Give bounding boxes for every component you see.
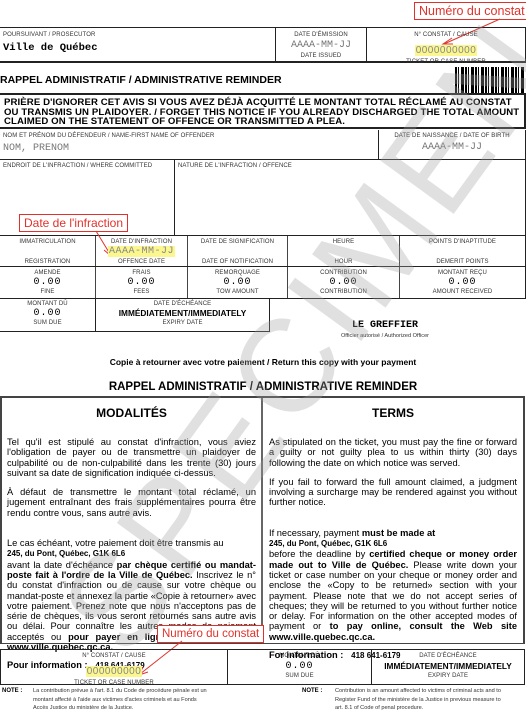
cell-label-top: DATE DE SIGNIFICATION bbox=[188, 239, 287, 245]
terms-en-p3b: before the deadline by bbox=[269, 549, 365, 559]
stub-expiry-cell: DATE D'ÉCHÉANCE IMMÉDIATEMENT/IMMEDIATEL… bbox=[372, 650, 524, 684]
row2-cell: MONTANT REÇU0.00AMOUNT RECEIVED bbox=[400, 267, 525, 298]
prosecutor-cell: POURSUIVANT / PROSECUTOR Ville de Québec bbox=[0, 28, 276, 61]
cell-value: 0.00 bbox=[0, 277, 95, 288]
row1-cell: HEUREHOUR bbox=[288, 236, 400, 266]
stub-expiry-value: IMMÉDIATEMENT/IMMEDIATELY bbox=[372, 661, 524, 671]
stub-expiry-label-fr: DATE D'ÉCHÉANCE bbox=[372, 653, 524, 659]
cell-label-bottom: FEES bbox=[96, 289, 187, 295]
stub-sum-label-fr: MONTANT DÛ bbox=[228, 653, 371, 659]
ticket-label-fr: N° CONSTAT / CAUSE bbox=[367, 32, 525, 38]
offence-nature-cell: NATURE DE L'INFRACTION / OFFENCE bbox=[175, 160, 525, 235]
cell-value: 0.00 bbox=[188, 277, 287, 288]
cell-label-top: MONTANT REÇU bbox=[400, 270, 525, 276]
dob-value: AAAA-MM-JJ bbox=[379, 142, 525, 153]
sum-due-value: 0.00 bbox=[0, 308, 95, 319]
note-en-label: NOTE : bbox=[302, 688, 322, 694]
ticket-number-value: 0000000000 bbox=[415, 45, 478, 56]
cell-label-top: AMENDE bbox=[0, 270, 95, 276]
row2-cell: AMENDE0.00FINE bbox=[0, 267, 96, 298]
cell-label-bottom: HOUR bbox=[288, 259, 399, 265]
stub-sum-label-en: SUM DUE bbox=[228, 673, 371, 679]
cell-value bbox=[188, 246, 287, 257]
ignore-notice: PRIÈRE D'IGNORER CET AVIS SI VOUS AVEZ D… bbox=[0, 93, 526, 129]
note-fr-text: La contribution prévue à l'art. 8.1 du C… bbox=[33, 687, 213, 713]
row2-cell: REMORQUAGE0.00TOW AMOUNT bbox=[188, 267, 288, 298]
sum-due-cell: MONTANT DÛ 0.00 SUM DUE bbox=[0, 299, 96, 331]
cell-label-bottom: OFFENCE DATE bbox=[96, 259, 187, 265]
row2-cell: FRAIS0.00FEES bbox=[96, 267, 188, 298]
terms-en-text: As stipulated on the ticket, you must pa… bbox=[269, 437, 517, 661]
row1-cell: DATE DE SIGNIFICATIONDATE OF NOTIFICATIO… bbox=[188, 236, 288, 266]
cell-value-text: AAAA-MM-JJ bbox=[108, 246, 175, 257]
row1-cell: IMMATRICULATIONREGISTRATION bbox=[0, 236, 96, 266]
ticket-label-en: TICKET OR CASE NUMBER bbox=[367, 59, 525, 65]
row1-cell: DATE D'INFRACTIONAAAA-MM-JJOFFENCE DATE bbox=[96, 236, 188, 266]
terms-en-heading: TERMS bbox=[269, 406, 517, 420]
expiry-label-fr: DATE D'ÉCHÉANCE bbox=[96, 301, 269, 307]
terms-en-p3a: If necessary, payment bbox=[269, 528, 359, 538]
cell-label-bottom: REGISTRATION bbox=[0, 259, 95, 265]
prosecutor-value: Ville de Québec bbox=[3, 42, 98, 54]
clerk-signature: LE GREFFIER bbox=[330, 320, 440, 331]
terms-en-address: 245, du Pont, Québec, G1K 6L6 bbox=[269, 539, 387, 548]
dob-cell: DATE DE NAISSANCE / DATE OF BIRTH AAAA-M… bbox=[379, 130, 525, 159]
offence-nature-label: NATURE DE L'INFRACTION / OFFENCE bbox=[178, 163, 292, 169]
cell-label-bottom: FINE bbox=[0, 289, 95, 295]
sum-due-label-en: SUM DUE bbox=[0, 320, 95, 326]
terms-fr-p2: À défaut de transmettre le montant total… bbox=[7, 487, 256, 518]
cell-label-top: REMORQUAGE bbox=[188, 270, 287, 276]
header-box: POURSUIVANT / PROSECUTOR Ville de Québec… bbox=[0, 27, 526, 63]
sum-due-label-fr: MONTANT DÛ bbox=[0, 301, 95, 307]
offender-name-value: NOM, PRENOM bbox=[3, 143, 69, 154]
cell-label-top: IMMATRICULATION bbox=[0, 239, 95, 245]
page-title: RAPPEL ADMINISTRATIF / ADMINISTRATIVE RE… bbox=[0, 74, 282, 86]
row1-cell: POINTS D'INAPTITUDEDEMERIT POINTS bbox=[400, 236, 525, 266]
terms-en-p3a-bold: must be made at bbox=[362, 528, 435, 538]
prosecutor-label: POURSUIVANT / PROSECUTOR bbox=[3, 32, 95, 38]
date-issued-cell: DATE D'ÉMISSION AAAA-MM-JJ DATE ISSUED bbox=[276, 28, 367, 61]
cell-value: 0.00 bbox=[400, 277, 525, 288]
cell-value: 0.00 bbox=[96, 277, 187, 288]
cell-value bbox=[288, 246, 399, 257]
cell-label-bottom: CONTRIBUTION bbox=[288, 289, 399, 295]
cell-label-bottom: DEMERIT POINTS bbox=[400, 259, 525, 265]
stub-ticket-value: 000000000 bbox=[86, 666, 143, 677]
expiry-label-en: EXPIRY DATE bbox=[96, 320, 269, 326]
terms-en-p2: If you fail to forward the full amount c… bbox=[269, 477, 517, 508]
terms-fr-p3b: avant la date d'échéance bbox=[7, 560, 113, 570]
cell-value: AAAA-MM-JJ bbox=[96, 246, 187, 257]
date-issued-label-fr: DATE D'ÉMISSION bbox=[276, 32, 366, 38]
expiry-value: IMMÉDIATEMENT/IMMEDIATELY bbox=[96, 308, 269, 318]
offender-name-label: NOM ET PRÉNOM DU DÉFENDEUR / NAME-FIRST … bbox=[3, 133, 214, 139]
return-copy-instruction: Copie à retourner avec votre paiement / … bbox=[0, 357, 526, 367]
stub-ticket-label-en: TICKET OR CASE NUMBER bbox=[1, 680, 227, 686]
terms-fr-p1: Tel qu'il est stipulé au constat d'infra… bbox=[7, 437, 256, 478]
cell-value: 0.00 bbox=[288, 277, 399, 288]
cell-value-text: 0.00 bbox=[33, 277, 61, 288]
cell-value bbox=[0, 246, 95, 257]
offender-row: NOM ET PRÉNOM DU DÉFENDEUR / NAME-FIRST … bbox=[0, 130, 526, 160]
cell-label-bottom: DATE OF NOTIFICATION bbox=[188, 259, 287, 265]
terms-box: MODALITÉS Tel qu'il est stipulé au const… bbox=[0, 396, 525, 644]
stub-expiry-label-en: EXPIRY DATE bbox=[372, 673, 524, 679]
offence-details-row: IMMATRICULATIONREGISTRATIONDATE D'INFRAC… bbox=[0, 236, 526, 267]
cell-value-text: 0.00 bbox=[329, 277, 357, 288]
cell-label-bottom: TOW AMOUNT bbox=[188, 289, 287, 295]
terms-en-p1: As stipulated on the ticket, you must pa… bbox=[269, 437, 517, 468]
stub-sum-cell: MONTANT DÛ 0.00 SUM DUE bbox=[228, 650, 372, 684]
terms-fr-address: 245, du Pont, Québec, G1K 6L6 bbox=[7, 549, 125, 558]
terms-fr-p3a: Le cas échéant, votre paiement doit être… bbox=[7, 538, 224, 548]
reminder-title: RAPPEL ADMINISTRATIF / ADMINISTRATIVE RE… bbox=[0, 381, 526, 393]
ticket-number-cell: N° CONSTAT / CAUSE 0000000000 TICKET OR … bbox=[367, 28, 525, 61]
barcode bbox=[455, 67, 525, 93]
due-box: MONTANT DÛ 0.00 SUM DUE DATE D'ÉCHÉANCE … bbox=[0, 299, 270, 332]
cell-value-text: 0.00 bbox=[127, 277, 155, 288]
cell-label-top: POINTS D'INAPTITUDE bbox=[400, 239, 525, 245]
cell-label-top: DATE D'INFRACTION bbox=[96, 239, 187, 245]
date-issued-label-en: DATE ISSUED bbox=[276, 53, 366, 59]
cell-value bbox=[400, 246, 525, 257]
expiry-date-cell: DATE D'ÉCHÉANCE IMMÉDIATEMENT/IMMEDIATEL… bbox=[96, 299, 269, 331]
cell-label-top: FRAIS bbox=[96, 270, 187, 276]
stub-sum-value: 0.00 bbox=[228, 661, 371, 672]
cell-value-text: 0.00 bbox=[223, 277, 251, 288]
offender-name-cell: NOM ET PRÉNOM DU DÉFENDEUR / NAME-FIRST … bbox=[0, 130, 379, 159]
clerk-title: Officier autorisé / Authorized Officer bbox=[330, 333, 440, 339]
note-en-text: Contribution is an amount affected to vi… bbox=[335, 687, 510, 713]
amounts-row: AMENDE0.00FINEFRAIS0.00FEESREMORQUAGE0.0… bbox=[0, 267, 526, 299]
note-fr-label: NOTE : bbox=[2, 688, 22, 694]
terms-fr: MODALITÉS Tel qu'il est stipulé au const… bbox=[2, 398, 263, 643]
terms-fr-heading: MODALITÉS bbox=[7, 406, 256, 420]
cell-label-top: CONTRIBUTION bbox=[288, 270, 399, 276]
cell-label-top: HEURE bbox=[288, 239, 399, 245]
stub-ticket-cell: N° CONSTAT / CAUSE 000000000 TICKET OR C… bbox=[1, 650, 228, 684]
row2-cell: CONTRIBUTION0.00CONTRIBUTION bbox=[288, 267, 400, 298]
payment-stub: N° CONSTAT / CAUSE 000000000 TICKET OR C… bbox=[0, 649, 525, 685]
cell-value-text: 0.00 bbox=[448, 277, 476, 288]
stub-ticket-label-fr: N° CONSTAT / CAUSE bbox=[1, 653, 227, 659]
terms-en: TERMS As stipulated on the ticket, you m… bbox=[263, 398, 523, 643]
cell-label-bottom: AMOUNT RECEIVED bbox=[400, 289, 525, 295]
dob-label: DATE DE NAISSANCE / DATE OF BIRTH bbox=[379, 133, 525, 139]
date-issued-value: AAAA-MM-JJ bbox=[276, 40, 366, 51]
where-committed-label: ENDROIT DE L'INFRACTION / WHERE COMMITTE… bbox=[3, 163, 152, 169]
